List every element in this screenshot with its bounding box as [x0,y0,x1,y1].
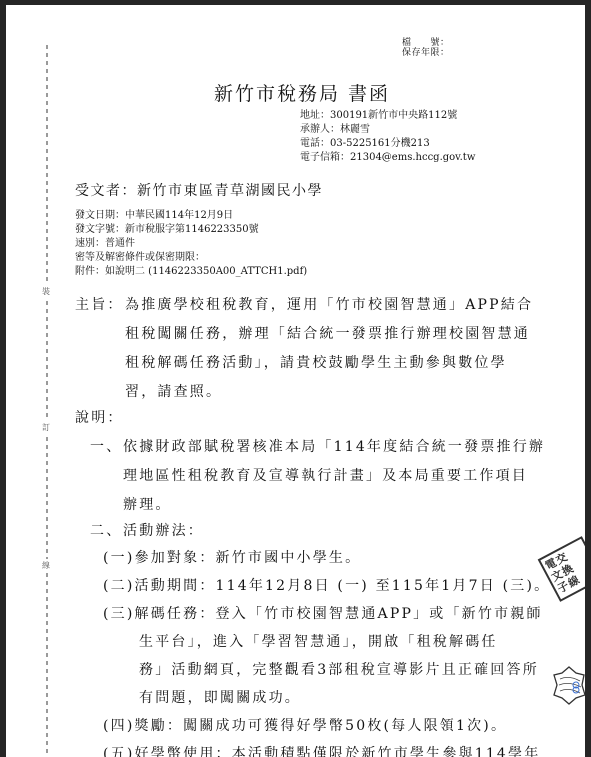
subject-line-1: 為推廣學校租稅教育，運用「竹市校園智慧通」APP結合 [125,294,533,314]
delivery-speed: 速別：普通件 [75,237,135,250]
secrecy-level: 密等及解密條件或保密期限： [75,251,205,264]
item1-marker: 一、 [90,436,122,456]
document-page: 裝 訂 線 檔 號： 保存年限： 新竹市稅務局 書函 地址：300191新竹市中… [6,5,585,757]
document-title: 新竹市稅務局 書函 [214,79,390,106]
email: 電子信箱：21304@ems.hccg.gov.tw [300,151,475,164]
subitem-4: (四)獎勵：闖關成功可獲得好學幣50枚(每人限領1次)。 [103,715,507,735]
binding-label-xian: 線 [42,559,50,572]
subitem-5: (五)好學幣使用：本活動積點僅限於新竹市學生參與114學年 [103,743,540,757]
binding-dotted-line [46,45,48,757]
binding-label-ding: 訂 [42,421,50,434]
retention-period-label: 保存年限： [402,48,450,59]
explanation-label: 說明： [75,407,124,427]
document-number: 發文字號：新市稅服字第1146223350號 [75,223,259,236]
subitem-2: (二)活動期間：114年12月8日 (一) 至115年1月7日 (三)。 [103,575,550,595]
item2-heading: 活動辦法： [123,520,204,540]
subitem-3-line-1: (三)解碼任務：登入「竹市校園智慧通APP」或「新竹市親師 [103,603,543,623]
item1-line-2: 理地區性租稅教育及宣導執行計畫」及本局重要工作項目 [123,465,528,485]
address: 地址：300191新竹市中央路112號 [300,109,457,122]
subitem-3-line-4: 有問題，即闖關成功。 [139,687,301,707]
subitem-3-line-3: 務」活動網頁，完整觀看3部租稅宣導影片且正確回答所 [139,659,539,679]
subject-line-3: 租稅解碼任務活動」，請貴校鼓勵學生主動參與數位學 [125,352,507,372]
attachment-link[interactable]: 附件：如說明二 (1146223350A00_ATTCH1.pdf) [75,265,307,278]
item1-line-3: 辦理。 [123,494,172,514]
subject-line-2: 租稅闖關任務，辦理「結合統一發票推行辦理校園智慧通 [125,323,530,343]
binding-label-zhuang: 裝 [42,285,50,298]
issue-date: 發文日期：中華民國114年12月9日 [75,209,233,222]
item2-marker: 二、 [90,520,122,540]
subitem-1: (一)參加對象：新竹市國中小學生。 [103,547,361,567]
subitem-3-line-2: 生平台」，進入「學習智慧通」，開啟「租稅解碼任 [139,631,498,651]
item1-line-1: 依據財政部賦稅署核准本局「114年度結合統一發票推行辦 [123,436,545,456]
subject-line-4: 習，請查照。 [125,381,222,401]
recipient: 受文者：新竹市東區青草湖國民小學 [75,180,323,200]
phone: 電話：03-5225161分機213 [300,137,430,150]
seal-icon [552,665,585,705]
subject-label: 主旨： [75,294,124,314]
handler: 承辦人：林麗雪 [300,123,370,136]
